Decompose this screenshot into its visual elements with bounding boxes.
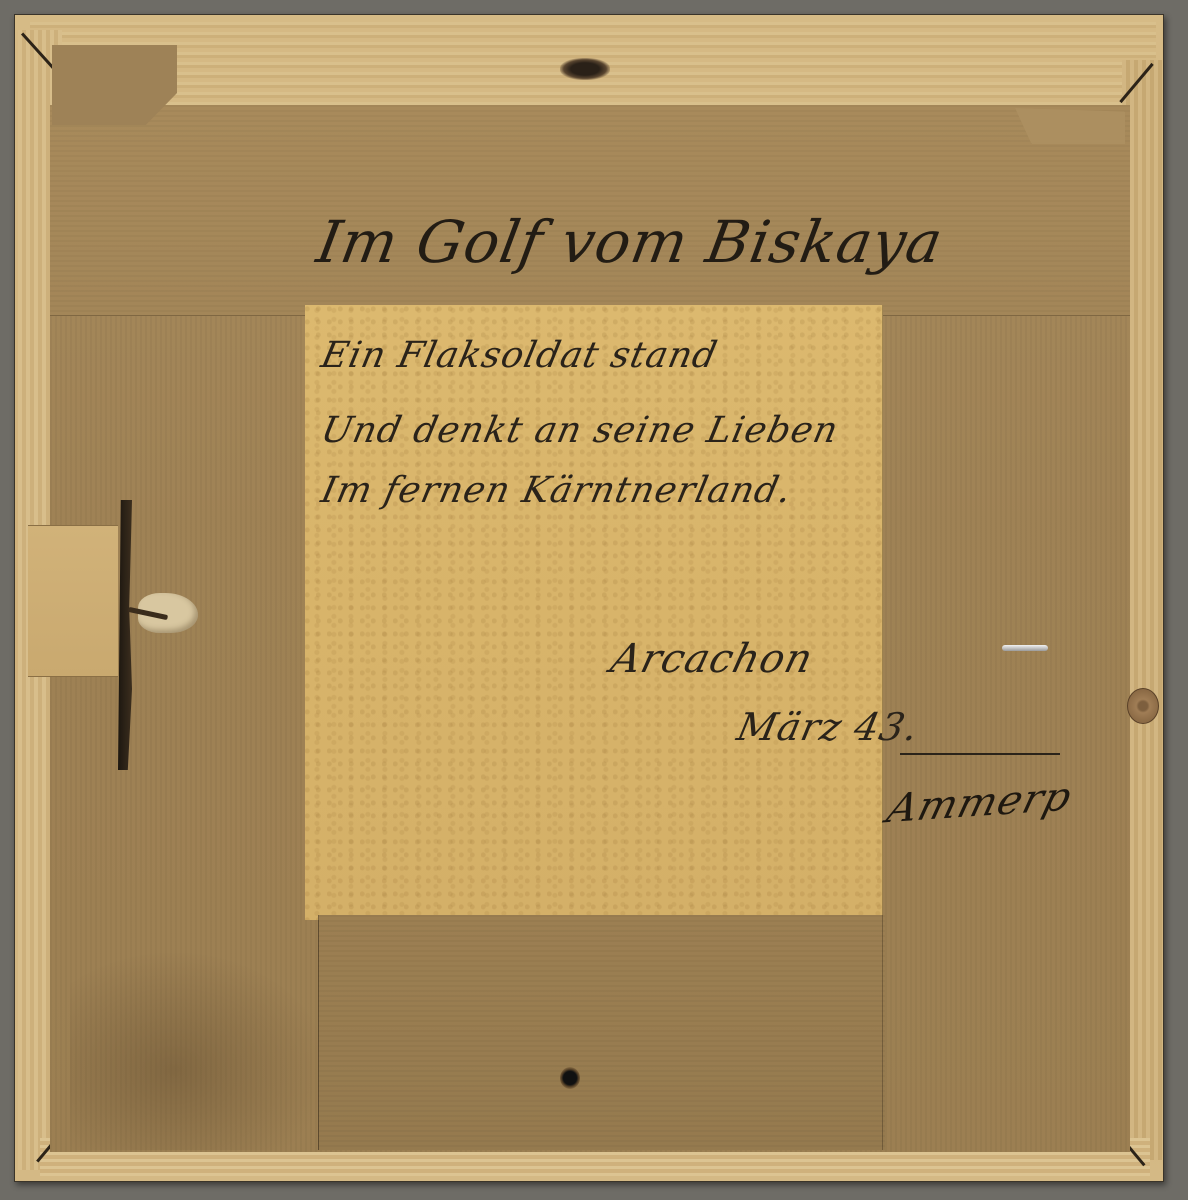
- hanging-hole: [560, 1067, 580, 1089]
- paper-seam: [318, 920, 319, 1150]
- inner-card-panel: [305, 305, 883, 920]
- inscription-verse-line: Ein Flaksoldat stand: [318, 335, 722, 376]
- paper-flap-top-right: [1015, 108, 1125, 144]
- date-underline: [900, 753, 1060, 755]
- nail-head-top: [560, 58, 610, 80]
- kraft-tape-bottom: [318, 915, 885, 1150]
- inscription-date: März 43.: [733, 705, 923, 749]
- photo-scene: Im Golf vom Biskaya Ein Flaksoldat stand…: [0, 0, 1188, 1200]
- screw-icon: [1127, 688, 1159, 724]
- nail-icon: [138, 593, 198, 633]
- inscription-verse-line: Im fernen Kärntnerland.: [318, 470, 796, 511]
- water-stain: [70, 950, 330, 1150]
- inscription-verse-line: Und denkt an seine Lieben: [318, 410, 843, 451]
- pin-icon: [1002, 645, 1048, 651]
- inscription-title: Im Golf vom Biskaya: [312, 208, 948, 276]
- torn-paper-strip: [28, 525, 118, 677]
- inscription-place: Arcachon: [606, 636, 818, 682]
